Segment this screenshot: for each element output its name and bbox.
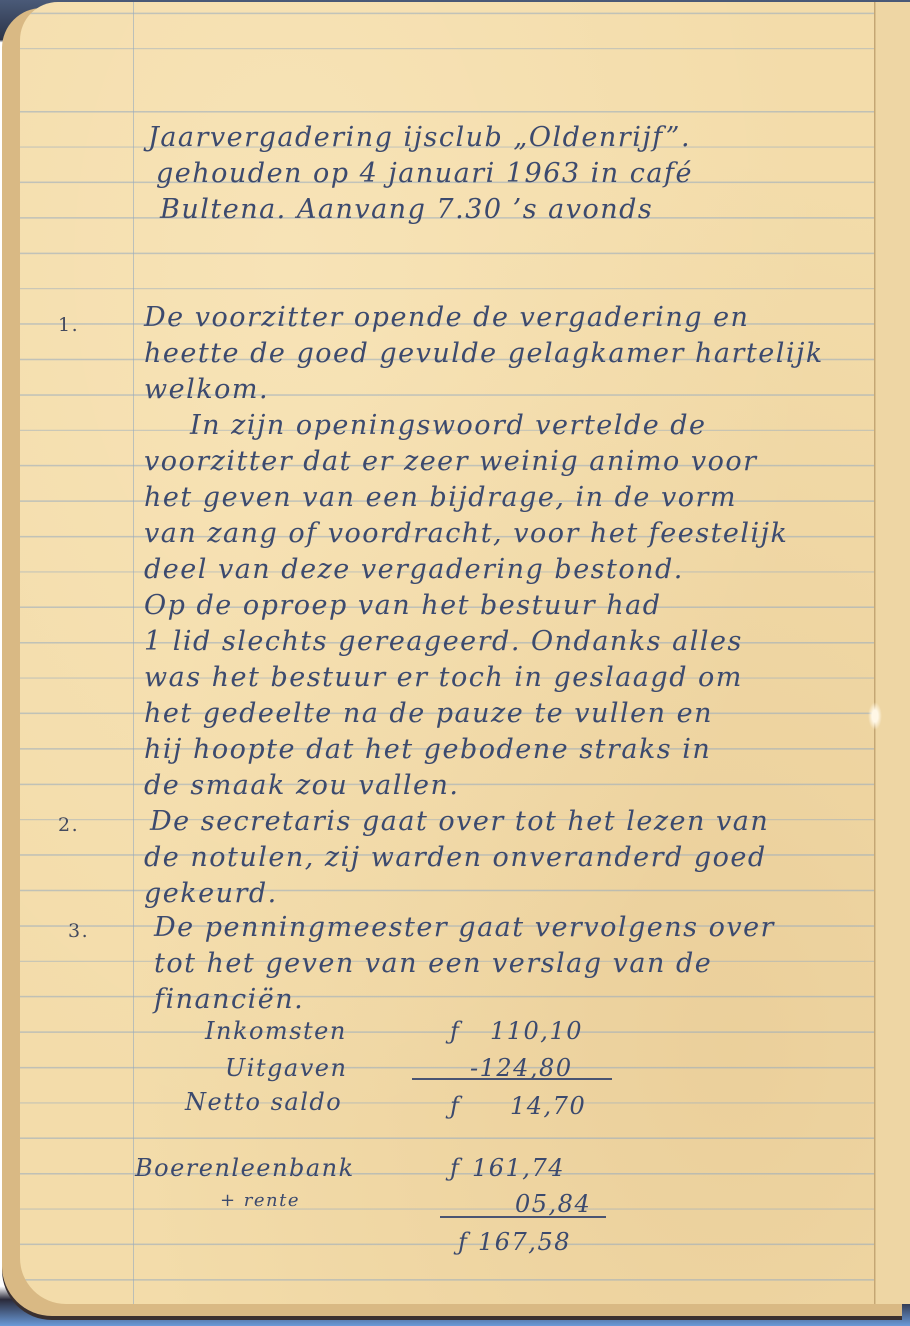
item-line: financiën. — [154, 984, 304, 1015]
item-line: De secretaris gaat over tot het lezen va… — [150, 806, 769, 837]
item-number: 2. — [58, 814, 79, 836]
item-line: In zijn openingswoord vertelde de — [190, 410, 707, 441]
item-number: 1. — [58, 314, 79, 336]
item-line: gekeurd. — [144, 878, 278, 909]
fin-label-net: Netto saldo — [185, 1088, 342, 1116]
item-line: het geven van een bijdrage, in de vorm — [144, 482, 737, 513]
item-line: deel van deze vergadering bestond. — [144, 554, 684, 585]
notebook-page: Jaarvergadering ijsclub „Oldenrijf”. geh… — [20, 2, 910, 1304]
fin-currency-net: ƒ — [450, 1092, 460, 1120]
item-line: was het bestuur er toch in geslaagd om — [144, 662, 743, 693]
heading-line-2: gehouden op 4 januari 1963 in café — [156, 158, 693, 189]
item-line: het gedeelte na de pauze te vullen en — [144, 698, 713, 729]
fin-currency-income: ƒ — [450, 1017, 460, 1045]
total-currency: ƒ — [458, 1228, 468, 1256]
item-line: welkom. — [144, 374, 269, 405]
interest-label: + rente — [220, 1190, 300, 1211]
item-line: voorzitter dat er zeer weinig animo voor — [144, 446, 758, 477]
item-line: tot het geven van een verslag van de — [154, 948, 712, 979]
item-line: de notulen, zij warden onveranderd goed — [144, 842, 767, 873]
item-line: Op de oproep van het bestuur had — [144, 590, 662, 621]
fin-amount-net: 14,70 — [510, 1092, 586, 1120]
item-line: hij hoopte dat het gebodene straks in — [144, 734, 711, 765]
bank-amount: 161,74 — [472, 1154, 565, 1182]
next-page-edge — [876, 2, 910, 1304]
sum-rule — [440, 1216, 606, 1218]
item-line: heette de goed gevulde gelagkamer hartel… — [144, 338, 824, 369]
heading-line-1: Jaarvergadering ijsclub „Oldenrijf”. — [148, 122, 691, 153]
item-line: van zang of voordracht, voor het feestel… — [144, 518, 788, 549]
heading-line-3: Bultena. Aanvang 7.30 ’s avonds — [160, 194, 653, 225]
paper-tear — [868, 702, 882, 730]
fin-label-expenses: Uitgaven — [225, 1054, 347, 1082]
bank-label: Boerenleenbank — [135, 1154, 355, 1182]
fin-label-income: Inkomsten — [205, 1017, 347, 1045]
item-number: 3. — [68, 920, 89, 942]
total-amount: 167,58 — [478, 1228, 571, 1256]
fin-amount-income: 110,10 — [490, 1017, 583, 1045]
item-line: De penningmeester gaat vervolgens over — [154, 912, 775, 943]
item-line: de smaak zou vallen. — [144, 770, 459, 801]
bank-currency: ƒ — [450, 1154, 460, 1182]
margin-line — [133, 2, 134, 1304]
item-line: De voorzitter opende de vergadering en — [144, 302, 749, 333]
sum-rule — [412, 1078, 612, 1080]
interest-amount: 05,84 — [515, 1190, 591, 1218]
item-line: 1 lid slechts gereageerd. Ondanks alles — [144, 626, 743, 657]
